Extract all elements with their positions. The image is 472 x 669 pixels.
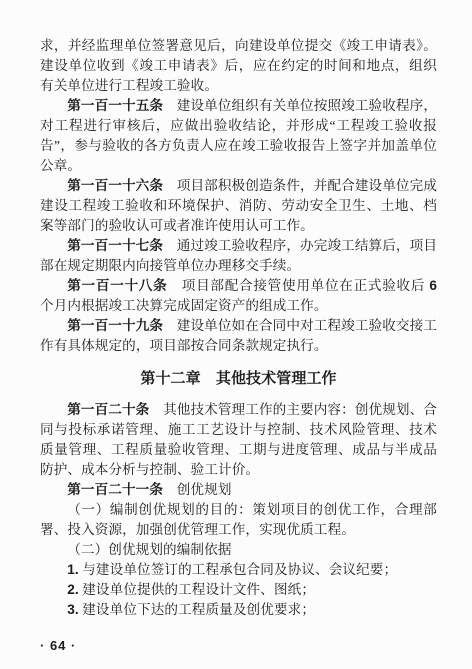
page-number: · 64 · <box>40 638 76 653</box>
paragraph: 第一百一十八条 项目部配合接管使用单位在正式验收后 6 个月内根据竣工决算完成固… <box>40 276 437 316</box>
document-page: 求，并经监理单位签署意见后，向建设单位提交《竣工申请表》。建设单位收到《竣工申请… <box>0 0 472 669</box>
text-run: 建设单位提供的工程设计文件、图纸； <box>79 582 315 597</box>
paragraph: 第一百一十五条 建设单位组织有关单位按照竣工验收程序，对工程进行审核后，应做出验… <box>40 96 437 176</box>
text-run: （一）编制创优规划的目的：策划项目的创优工作，合理部署、投入资源，加强创优管理工… <box>40 502 437 537</box>
bold-term: 6 <box>429 278 437 293</box>
text-run: 项目部配合接管使用单位在正式验收后 <box>167 278 429 293</box>
bold-term: 3. <box>67 602 79 617</box>
bold-term: 第一百二十一条 <box>67 482 163 497</box>
paragraph: 第一百二十条 其他技术管理工作的主要内容：创优规划、合同与投标承诺管理、施工工艺… <box>40 400 437 480</box>
paragraph: 第一百一十九条 建设单位如在合同中对工程竣工验收交接工作有具体规定的，项目部按合… <box>40 316 437 356</box>
paragraph: （一）编制创优规划的目的：策划项目的创优工作，合理部署、投入资源，加强创优管理工… <box>40 500 437 540</box>
text-run: 求，并经监理单位签署意见后，向建设单位提交《竣工申请表》。建设单位收到《竣工申请… <box>40 38 437 93</box>
list-item: 1. 与建设单位签订的工程承包合同及协议、会议纪要； <box>40 560 437 580</box>
paragraph: 第一百二十一条 创优规划 <box>40 480 437 500</box>
list-item: 3. 建设单位下达的工程质量及创优要求； <box>40 600 437 620</box>
bold-term: 第一百一十九条 <box>67 318 163 333</box>
text-run: 与建设单位签订的工程承包合同及协议、会议纪要； <box>79 562 397 577</box>
paragraph: 第一百一十六条 项目部积极创造条件，并配合建设单位完成建设工程竣工验收和环境保护… <box>40 176 437 236</box>
document-body: 求，并经监理单位签署意见后，向建设单位提交《竣工申请表》。建设单位收到《竣工申请… <box>40 36 437 620</box>
bold-term: 第一百一十八条 <box>67 278 167 293</box>
bold-term: 第一百一十六条 <box>67 178 163 193</box>
paragraph: 第一百一十七条 通过竣工验收程序，办完竣工结算后，项目部在规定期限内向接管单位办… <box>40 236 437 276</box>
bold-term: 第一百一十七条 <box>67 238 163 253</box>
text-run: 建设单位下达的工程质量及创优要求； <box>79 602 315 617</box>
bold-term: 第十二章 其他技术管理工作 <box>140 370 336 387</box>
paragraph: 求，并经监理单位签署意见后，向建设单位提交《竣工申请表》。建设单位收到《竣工申请… <box>40 36 437 96</box>
bold-term: 2. <box>67 582 79 597</box>
chapter-heading: 第十二章 其他技术管理工作 <box>40 369 437 389</box>
text-run: 个月内根据竣工决算完成固定资产的组成工作。 <box>40 298 328 313</box>
paragraph: （二）创优规划的编制依据 <box>40 540 437 560</box>
list-item: 2. 建设单位提供的工程设计文件、图纸； <box>40 580 437 600</box>
text-run: （二）创优规划的编制依据 <box>67 542 231 557</box>
bold-term: 第一百二十条 <box>67 402 149 417</box>
bold-term: 1. <box>67 562 79 577</box>
bold-term: 第一百一十五条 <box>67 98 163 113</box>
text-run: 创优规划 <box>163 482 231 497</box>
